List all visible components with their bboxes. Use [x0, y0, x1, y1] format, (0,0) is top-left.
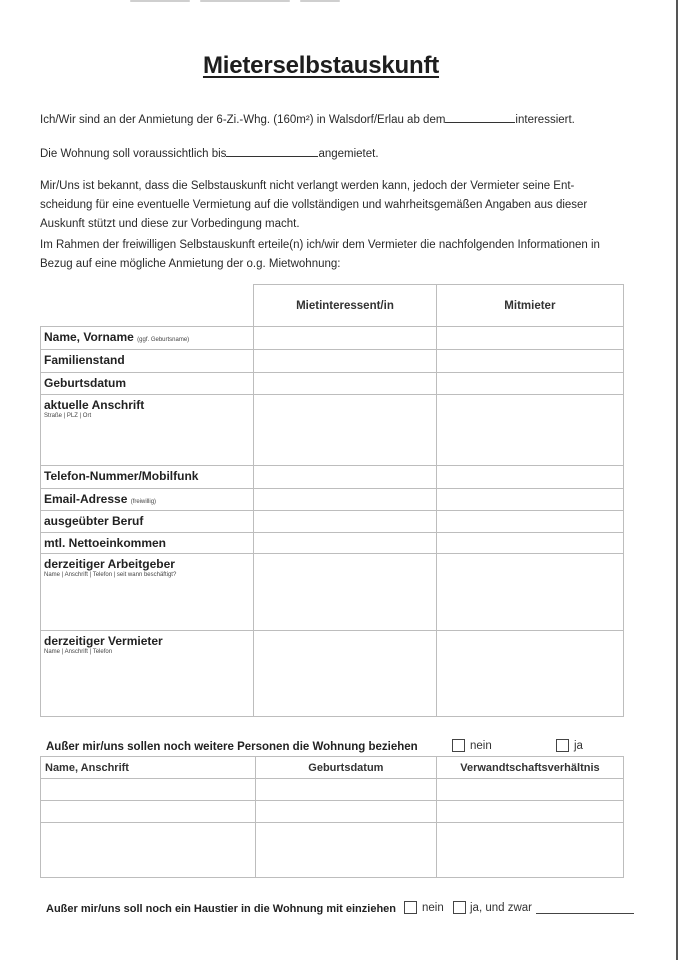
applicant-occupation-field[interactable] — [254, 511, 437, 533]
cotenant-name-field[interactable] — [436, 327, 623, 350]
cotenant-address-field[interactable] — [436, 395, 623, 466]
checkbox-persons-no[interactable] — [452, 739, 465, 752]
table-row: Geburtsdatum — [41, 373, 624, 395]
intro-line-1-end: interessiert. — [515, 114, 574, 126]
option-label: ja — [574, 740, 583, 752]
table-row — [41, 801, 624, 823]
end-date-field[interactable] — [226, 145, 318, 157]
pet-option-no[interactable]: nein — [404, 901, 444, 914]
applicant-phone-field[interactable] — [254, 466, 437, 489]
persons-option-no[interactable]: nein — [452, 739, 492, 752]
paragraph-line: scheidung für eine eventuelle Vermietung… — [40, 196, 587, 215]
paragraph-line: Im Rahmen der freiwilligen Selbstauskunf… — [40, 236, 600, 255]
person-1-relationship-field[interactable] — [436, 779, 623, 801]
person-2-relationship-field[interactable] — [436, 801, 623, 823]
column-header-applicant: Mietinteressent/in — [254, 285, 437, 327]
table-row: Telefon-Nummer/Mobilfunk — [41, 466, 624, 489]
cotenant-employer-field[interactable] — [436, 554, 623, 631]
paragraph-line: Mir/Uns ist bekannt, dass die Selbstausk… — [40, 177, 587, 196]
cotenant-occupation-field[interactable] — [436, 511, 623, 533]
applicant-name-field[interactable] — [254, 327, 437, 350]
pet-option-yes[interactable]: ja, und zwar — [453, 901, 634, 914]
table-row: Familienstand — [41, 350, 624, 373]
row-label-name: Name, Vorname (ggf. Geburtsname) — [41, 327, 254, 350]
table-row: derzeitiger VermieterName | Anschrift | … — [41, 631, 624, 717]
paragraph-line: Auskunft stützt und diese zur Vorbedingu… — [40, 215, 587, 234]
intro-line-1-text: Ich/Wir sind an der Anmietung der 6-Zi.-… — [40, 114, 445, 126]
label-subtext: Name | Anschrift | Telefon | seit wann b… — [44, 572, 250, 578]
empty-header-cell — [41, 285, 254, 327]
paragraph-line: Bezug auf eine mögliche Anmietung der o.… — [40, 255, 600, 274]
applicant-employer-field[interactable] — [254, 554, 437, 631]
person-2-name-field[interactable] — [41, 801, 256, 823]
row-label-address: aktuelle AnschriftStraße | PLZ | Ort — [41, 395, 254, 466]
column-header-birthdate: Geburtsdatum — [255, 757, 436, 779]
person-3-name-field[interactable] — [41, 823, 256, 878]
row-label-landlord: derzeitiger VermieterName | Anschrift | … — [41, 631, 254, 717]
option-label: nein — [470, 740, 492, 752]
person-1-name-field[interactable] — [41, 779, 256, 801]
row-label-net-income: mtl. Nettoeinkommen — [41, 533, 254, 554]
row-label-marital-status: Familienstand — [41, 350, 254, 373]
label-text: derzeitiger Arbeitgeber — [44, 557, 175, 571]
cotenant-landlord-field[interactable] — [436, 631, 623, 717]
column-header-cotenant: Mitmieter — [436, 285, 623, 327]
persons-option-yes[interactable]: ja — [556, 739, 583, 752]
label-note: (freiwillig) — [131, 499, 156, 505]
cotenant-marital-status-field[interactable] — [436, 350, 623, 373]
table-row: Name, Vorname (ggf. Geburtsname) — [41, 327, 624, 350]
label-subtext: Name | Anschrift | Telefon — [44, 649, 250, 655]
checkbox-pet-no[interactable] — [404, 901, 417, 914]
checkbox-pet-yes[interactable] — [453, 901, 466, 914]
intro-line-1: Ich/Wir sind an der Anmietung der 6-Zi.-… — [40, 111, 575, 130]
applicant-net-income-field[interactable] — [254, 533, 437, 554]
scan-page-edge — [676, 0, 678, 960]
cotenant-birthdate-field[interactable] — [436, 373, 623, 395]
cotenant-phone-field[interactable] — [436, 466, 623, 489]
option-label: nein — [422, 902, 444, 914]
cotenant-net-income-field[interactable] — [436, 533, 623, 554]
table-row: ausgeübter Beruf — [41, 511, 624, 533]
persons-question: Außer mir/uns sollen noch weitere Person… — [46, 741, 418, 753]
row-label-birthdate: Geburtsdatum — [41, 373, 254, 395]
intro-line-2-end: angemietet. — [318, 148, 378, 160]
person-3-birthdate-field[interactable] — [255, 823, 436, 878]
label-note: (ggf. Geburtsname) — [137, 337, 189, 343]
table-row: derzeitiger ArbeitgeberName | Anschrift … — [41, 554, 624, 631]
table-row: mtl. Nettoeinkommen — [41, 533, 624, 554]
option-label: ja, und zwar — [470, 902, 532, 914]
column-header-name-address: Name, Anschrift — [41, 757, 256, 779]
table-header-row: Mietinteressent/in Mitmieter — [41, 285, 624, 327]
scan-top-marks — [0, 0, 679, 4]
table-row — [41, 779, 624, 801]
checkbox-persons-yes[interactable] — [556, 739, 569, 752]
label-text: derzeitiger Vermieter — [44, 634, 163, 648]
column-header-relationship: Verwandtschaftsverhältnis — [436, 757, 623, 779]
intro-line-2-text: Die Wohnung soll voraussichtlich bis — [40, 148, 226, 160]
label-text: Name, Vorname — [44, 330, 134, 344]
row-label-email: Email-Adresse (freiwillig) — [41, 489, 254, 511]
table-header-row: Name, Anschrift Geburtsdatum Verwandtsch… — [41, 757, 624, 779]
row-label-phone: Telefon-Nummer/Mobilfunk — [41, 466, 254, 489]
page-title: Mieterselbstauskunft — [0, 52, 642, 80]
person-3-relationship-field[interactable] — [436, 823, 623, 878]
additional-persons-table: Name, Anschrift Geburtsdatum Verwandtsch… — [40, 756, 624, 878]
table-row — [41, 823, 624, 878]
person-1-birthdate-field[interactable] — [255, 779, 436, 801]
cotenant-email-field[interactable] — [436, 489, 623, 511]
table-row: Email-Adresse (freiwillig) — [41, 489, 624, 511]
applicant-address-field[interactable] — [254, 395, 437, 466]
intro-line-2: Die Wohnung soll voraussichtlich bisange… — [40, 145, 379, 164]
pet-question: Außer mir/uns soll noch ein Haustier in … — [46, 903, 396, 915]
applicant-landlord-field[interactable] — [254, 631, 437, 717]
applicant-birthdate-field[interactable] — [254, 373, 437, 395]
row-label-occupation: ausgeübter Beruf — [41, 511, 254, 533]
person-2-birthdate-field[interactable] — [255, 801, 436, 823]
label-text: aktuelle Anschrift — [44, 398, 144, 412]
tenant-info-table: Mietinteressent/in Mitmieter Name, Vorna… — [40, 284, 624, 717]
paragraph-information: Im Rahmen der freiwilligen Selbstauskunf… — [40, 236, 600, 274]
label-subtext: Straße | PLZ | Ort — [44, 413, 250, 419]
table-row: aktuelle AnschriftStraße | PLZ | Ort — [41, 395, 624, 466]
paragraph-disclaimer: Mir/Uns ist bekannt, dass die Selbstausk… — [40, 177, 587, 234]
applicant-email-field[interactable] — [254, 489, 437, 511]
start-date-field[interactable] — [445, 111, 515, 123]
pet-type-field[interactable] — [536, 901, 634, 914]
row-label-employer: derzeitiger ArbeitgeberName | Anschrift … — [41, 554, 254, 631]
applicant-marital-status-field[interactable] — [254, 350, 437, 373]
label-text: Email-Adresse — [44, 492, 127, 506]
